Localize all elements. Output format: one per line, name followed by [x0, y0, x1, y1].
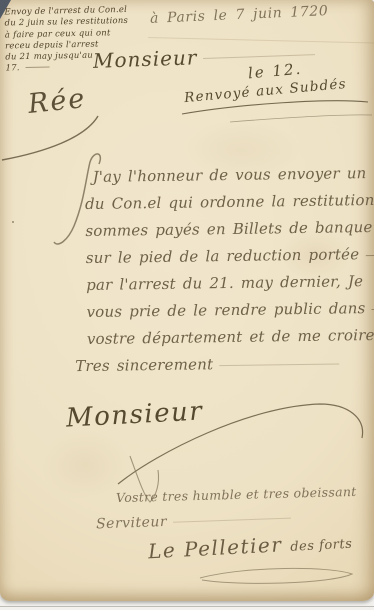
body-line-valediction: Tres sincerement: [75, 353, 374, 384]
body-line: du Con.el qui ordonne la restitution des: [85, 191, 373, 222]
body-line: par l'arrest du 21. may dernier, Je: [86, 272, 374, 303]
body-paragraph: J'ay l'honneur de vous envoyer un arrest…: [85, 164, 374, 384]
background-edge-line: [0, 606, 374, 607]
received-mark: Rée: [27, 83, 88, 120]
body-line: sur le pied de la reduction portée: [86, 245, 374, 276]
body-line: J'ay l'honneur de vous envoyer un arrest: [93, 164, 373, 195]
body-line: sommes payés en Billets de banque: [85, 218, 373, 249]
body-line: vostre département et de me croire: [87, 326, 374, 357]
manuscript-letter-photo: Envoy de l'arrest du Con.el du 2 juin su…: [0, 0, 374, 610]
ink-speck: [12, 221, 14, 223]
body-line: vous prie de le rendre public dans: [86, 299, 374, 330]
signature-suffix: des forts: [290, 537, 353, 555]
